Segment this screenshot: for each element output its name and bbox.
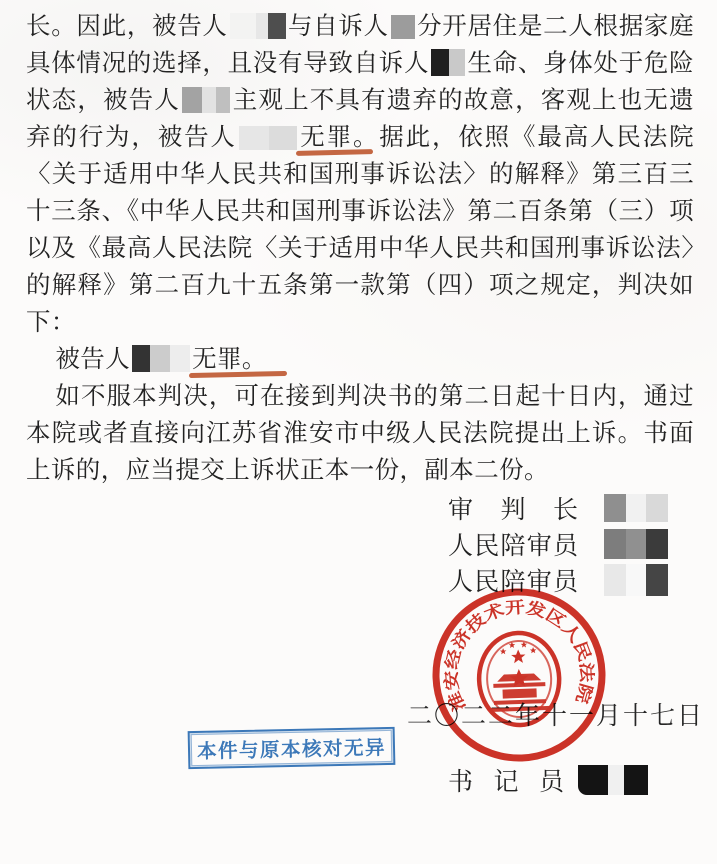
redaction-segment [604, 494, 626, 522]
redacted-text [239, 126, 297, 150]
paragraph: 长。因此，被告人与自诉人分开居住是二人根据家庭具体情况的选择，且没有导致自诉人生… [26, 8, 694, 341]
redaction-segment [578, 765, 608, 795]
redaction-segment [202, 87, 216, 113]
body-text: 被告人 [55, 346, 130, 373]
redaction-segment [646, 529, 668, 559]
label-char: 员 [553, 526, 578, 562]
body-text: 。据此，依照《最高人民法院〈关于适用中华人民共和国刑事诉讼法〉的解释》第三百三十… [26, 124, 694, 336]
redacted-text [604, 529, 668, 559]
judgment-document-page: 长。因此，被告人与自诉人分开居住是二人根据家庭具体情况的选择，且没有导致自诉人生… [0, 0, 717, 864]
redaction-segment [431, 49, 449, 76]
redacted-text [182, 87, 230, 113]
underlined-verdict-text: 无罪 [299, 124, 353, 151]
court-seal-icon: 淮安经济技术开发区人民法院 [423, 579, 615, 771]
redaction-segment [268, 13, 286, 39]
label-char: 陪 [500, 526, 525, 562]
redaction-segment [391, 15, 415, 39]
court-seal: 淮安经济技术开发区人民法院 [423, 579, 615, 771]
redacted-text [431, 49, 465, 76]
redaction-segment [646, 494, 668, 522]
label-char: 审 [448, 490, 473, 526]
national-emblem-icon [478, 632, 561, 727]
redaction-segment [216, 87, 230, 113]
signature-role-label: 审判长 [448, 490, 578, 526]
label-char: 判 [500, 490, 525, 526]
redaction-segment [449, 49, 465, 76]
redacted-text [132, 345, 190, 372]
redaction-segment [150, 345, 170, 372]
redaction-segment [626, 564, 646, 596]
redaction-segment [239, 126, 269, 150]
label-char: 人 [448, 526, 473, 562]
paragraph: 如不服本判决，可在接到判决书的第二日起十日内，通过本院或者直接向江苏省淮安市中级… [26, 378, 694, 489]
redaction-segment [170, 345, 190, 372]
label-char: 民 [474, 526, 499, 562]
redaction-segment [626, 494, 646, 522]
label-char: 审 [527, 526, 552, 562]
signature-row: 审判长 [448, 490, 670, 526]
redaction-segment [132, 345, 150, 372]
redaction-segment [626, 529, 646, 559]
redaction-segment [269, 126, 297, 150]
redacted-text [230, 13, 286, 39]
redacted-text [604, 494, 668, 522]
signature-row: 人民陪审员 [448, 526, 670, 562]
signature-role-label: 人民陪审员 [448, 526, 578, 562]
label-char: 员 [539, 762, 564, 798]
redaction-segment [624, 765, 648, 795]
redacted-text [604, 564, 668, 596]
body-text: 与自诉人 [288, 13, 389, 40]
redaction-segment [256, 13, 268, 39]
underlined-verdict-text: 无罪。 [192, 346, 267, 373]
paragraph: 被告人无罪。 [26, 341, 694, 378]
redaction-segment [604, 529, 626, 559]
body-text: 如不服本判决，可在接到判决书的第二日起十日内，通过本院或者直接向江苏省淮安市中级… [26, 383, 694, 484]
label-char: 长 [553, 490, 578, 526]
body-text: 长。因此，被告人 [26, 13, 228, 40]
document-body: 长。因此，被告人与自诉人分开居住是二人根据家庭具体情况的选择，且没有导致自诉人生… [26, 8, 694, 489]
verification-stamp: 本件与原本核对无异 [188, 727, 396, 769]
redacted-text [578, 765, 648, 795]
redaction-segment [230, 13, 256, 39]
redacted-text [391, 15, 415, 39]
redaction-segment [646, 564, 668, 596]
redaction-segment [608, 765, 624, 795]
redaction-segment [182, 87, 202, 113]
